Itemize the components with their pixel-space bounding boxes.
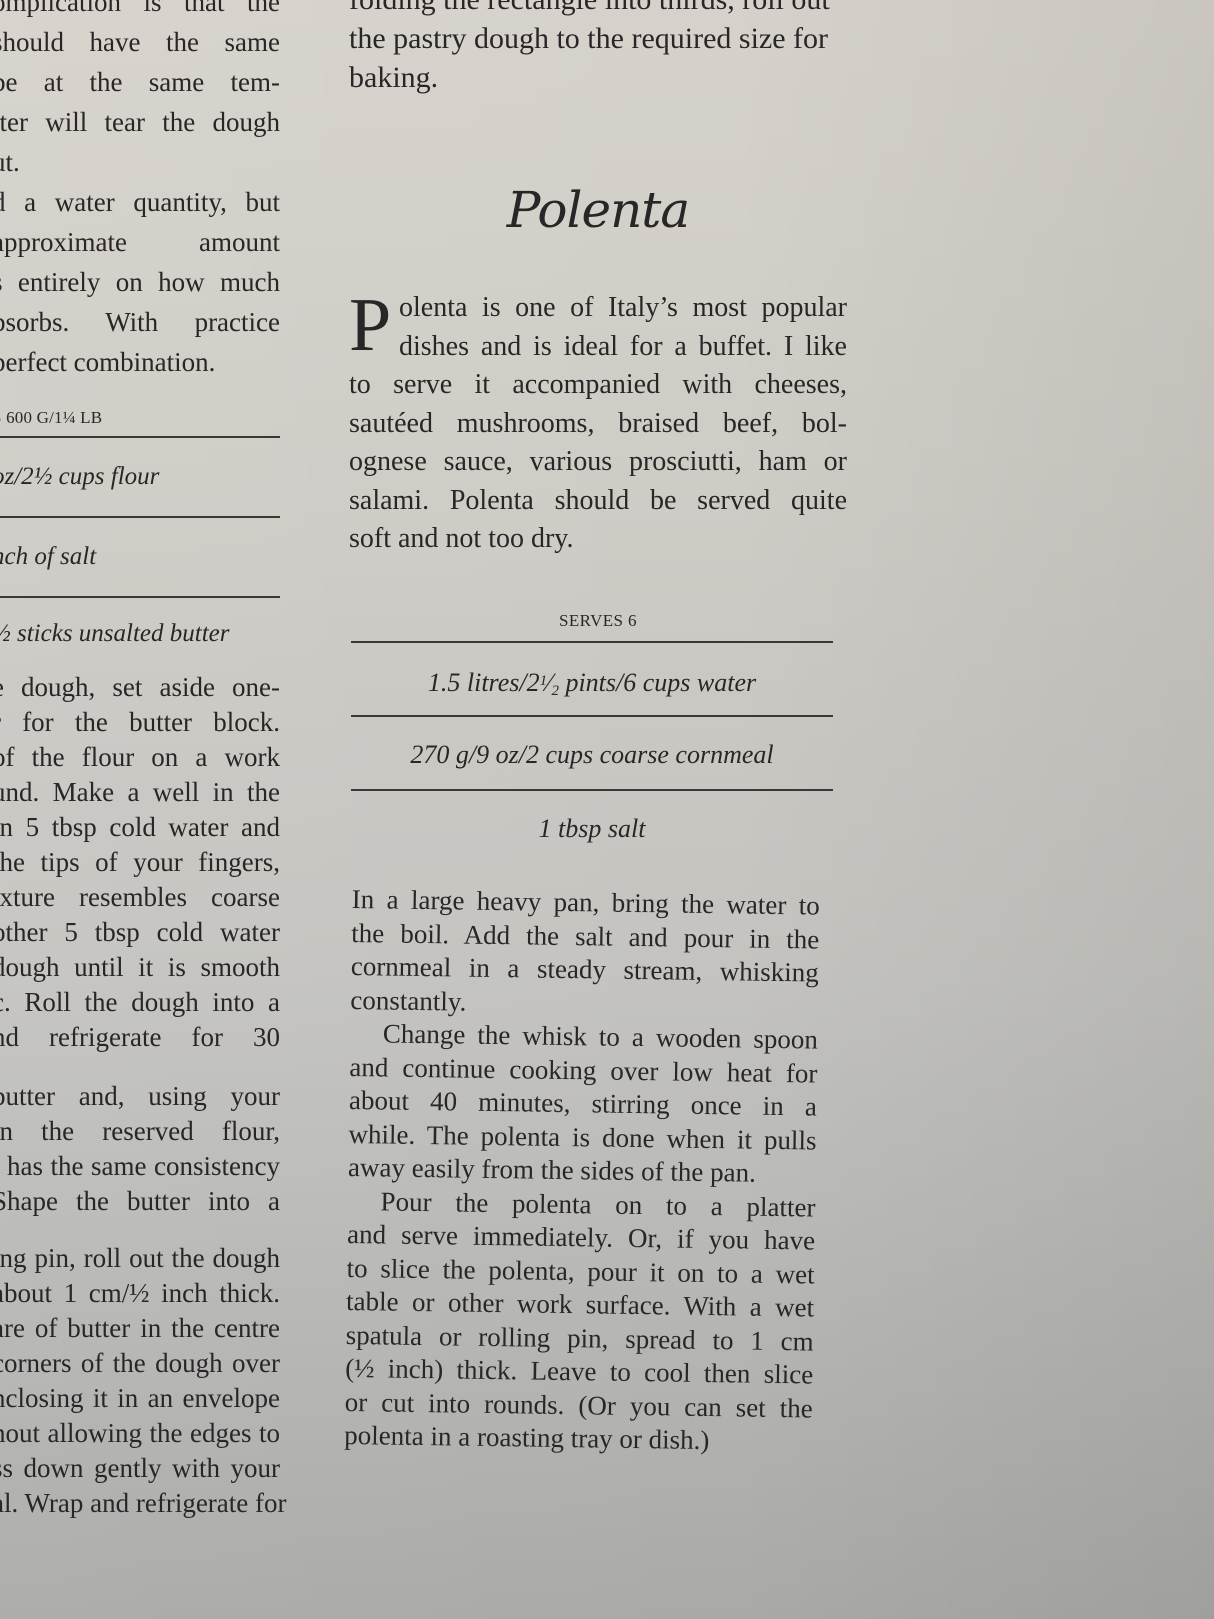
text-line: the tips of your fingers,: [0, 845, 280, 880]
right-page-column: folding the rectangle into thirds, roll …: [349, 0, 847, 1452]
text-line: salami. Polenta should be served quite: [349, 482, 847, 521]
continued-paragraph: folding the rectangle into thirds, roll …: [349, 0, 847, 97]
text-line: be at the same tem-: [0, 62, 280, 102]
method-paragraph-1: In a large heavy pan, bring the water to…: [350, 883, 820, 1024]
text-line: und. Make a well in the: [0, 775, 280, 810]
text-line: about 1 cm/½ inch thick.: [0, 1276, 280, 1311]
left-method-paragraph-2: butter and, using your in the reserved f…: [0, 1079, 280, 1219]
text-line: d a water quantity, but: [0, 182, 280, 222]
text-line: ing pin, roll out the dough: [0, 1241, 280, 1276]
text-line: ss down gently with your: [0, 1451, 280, 1486]
method-paragraph-2: Change the whisk to a wooden spoon and c…: [348, 1016, 818, 1190]
serves-label: SERVES 6: [349, 601, 847, 641]
text-line: soft and not too dry.: [349, 520, 847, 559]
text-line: baking.: [349, 58, 847, 97]
text-line: c. Roll the dough into a: [0, 985, 280, 1020]
left-ingredient: oz/2½ cups flour: [0, 436, 280, 516]
text-line: nclosing it in an envelope: [0, 1381, 280, 1416]
text-line: Change the whisk to a wooden spoon: [350, 1016, 818, 1056]
paragraph-gap: [0, 1055, 280, 1079]
text-line: corners of the dough over: [0, 1346, 280, 1381]
left-yield-label: S 600 G/1¼ LB: [0, 400, 280, 436]
text-line: away easily from the sides of the pan.: [348, 1150, 816, 1190]
text-line: t has the same consistency: [0, 1149, 280, 1184]
method-text: In a large heavy pan, bring the water to…: [344, 883, 820, 1459]
text-line: nd refrigerate for 30: [0, 1020, 280, 1055]
ingredient-text: pints/6 cups water: [559, 668, 756, 697]
left-intro-paragraph: omplication is that the should have the …: [0, 0, 280, 382]
text-line: in the reserved flour,: [0, 1114, 280, 1149]
left-method-paragraph-3: ing pin, roll out the dough about 1 cm/½…: [0, 1241, 280, 1521]
paragraph-gap: [0, 1219, 280, 1241]
method-paragraph-3: Pour the polenta on to a platter and ser…: [344, 1184, 816, 1459]
text-line: ut.: [0, 142, 280, 182]
ingredient-water: 1.5 litres/21⁄2 pints/6 cups water: [351, 641, 833, 715]
text-line: to serve it accompanied with cheeses,: [349, 366, 847, 405]
left-page-column: omplication is that the should have the …: [0, 0, 280, 1521]
text-line: omplication is that the: [0, 0, 280, 22]
text-line: of the flour on a work: [0, 740, 280, 775]
text-line: are of butter in the centre: [0, 1311, 280, 1346]
text-line: s entirely on how much: [0, 262, 280, 302]
text-line: and serve immediately. Or, if you have: [347, 1217, 815, 1257]
text-line: dishes and is ideal for a buffet. I like: [349, 328, 847, 367]
text-line: should have the same: [0, 22, 280, 62]
text-line: folding the rectangle into thirds, roll …: [349, 0, 847, 19]
text-line: hout allowing the edges to: [0, 1416, 280, 1451]
text-line: e dough, set aside one-: [0, 670, 280, 705]
text-line: al. Wrap and refrigerate for: [0, 1486, 280, 1521]
text-line: (½ inch) thick. Leave to cool then slice: [345, 1351, 813, 1391]
text-line: butter and, using your: [0, 1079, 280, 1114]
text-line: cornmeal in a steady stream, whisking: [351, 949, 819, 989]
recipe-intro-paragraph: P olenta is one of Italy’s most popular …: [349, 289, 847, 559]
text-line: perfect combination.: [0, 342, 280, 382]
text-line: olenta is one of Italy’s most popular: [349, 289, 847, 328]
ingredient-text: 1 tbsp salt: [539, 814, 646, 843]
text-line: In a large heavy pan, bring the water to: [352, 883, 820, 923]
text-line: sautéed mushrooms, braised beef, bol-: [349, 405, 847, 444]
text-line: ixture resembles coarse: [0, 880, 280, 915]
text-line: bsorbs. With practice: [0, 302, 280, 342]
text-line: approximate amount: [0, 222, 280, 262]
text-line: about 40 minutes, stirring once in a: [349, 1083, 817, 1123]
left-method-paragraph-1: e dough, set aside one- r for the butter…: [0, 670, 280, 1055]
text-line: in 5 tbsp cold water and: [0, 810, 280, 845]
text-line: Shape the butter into a: [0, 1184, 280, 1219]
fraction-numerator: 1: [540, 673, 548, 689]
ingredients-list: 1.5 litres/21⁄2 pints/6 cups water 270 g…: [351, 641, 833, 863]
drop-cap: P: [349, 287, 391, 363]
fraction-denominator: 2: [551, 683, 559, 699]
left-ingredient: ½ sticks unsalted butter: [0, 596, 280, 670]
ingredient-text: 270 g/9 oz/2 cups coarse cornmeal: [410, 740, 773, 769]
text-line: r for the butter block.: [0, 705, 280, 740]
ingredient-text: 1.5 litres/2: [428, 668, 540, 697]
text-line: dough until it is smooth: [0, 950, 280, 985]
recipe-title: Polenta: [349, 181, 847, 251]
text-line: tter will tear the dough: [0, 102, 280, 142]
ingredient-cornmeal: 270 g/9 oz/2 cups coarse cornmeal: [351, 715, 833, 789]
text-line: the pastry dough to the required size fo…: [349, 19, 847, 58]
text-line: other 5 tbsp cold water: [0, 915, 280, 950]
text-line: table or other work surface. With a wet: [346, 1284, 814, 1324]
ingredient-salt: 1 tbsp salt: [351, 789, 833, 863]
text-line: ognese sauce, various prosciutti, ham or: [349, 443, 847, 482]
left-ingredient: nch of salt: [0, 516, 280, 596]
